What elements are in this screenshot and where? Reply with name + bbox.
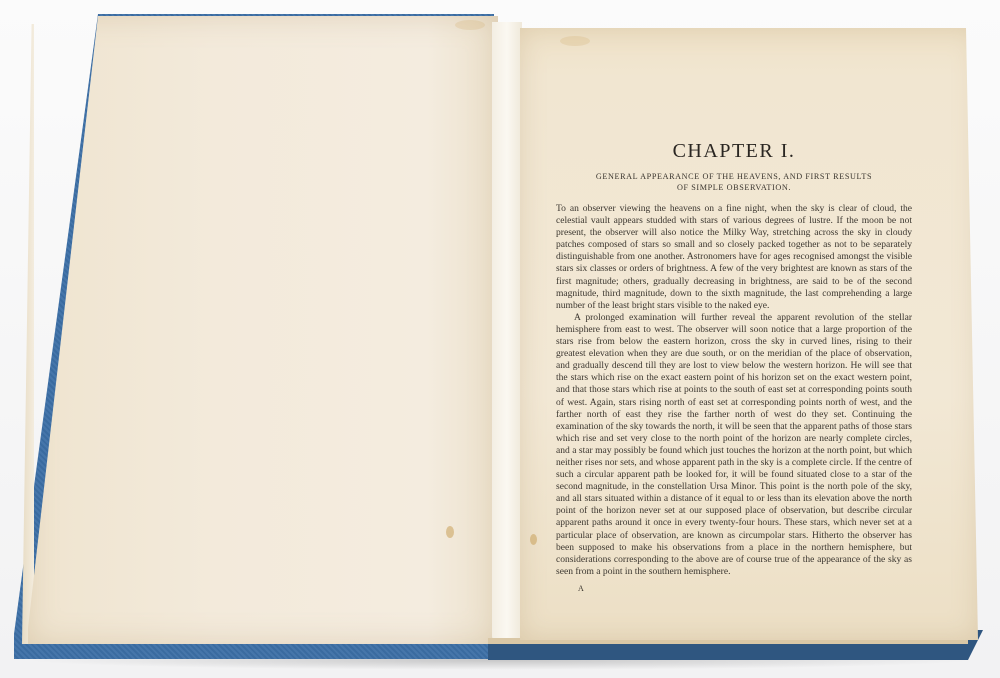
- signature-mark: A: [578, 584, 912, 593]
- foxing-stain: [530, 534, 537, 545]
- chapter-content: CHAPTER I. General appearance of the hea…: [556, 140, 912, 593]
- chapter-subtitle-line: of simple observation.: [556, 182, 912, 193]
- body-paragraph: A prolonged examination will further rev…: [556, 312, 912, 578]
- chapter-subtitle: General appearance of the heavens, and f…: [556, 171, 912, 193]
- foxing-stain: [455, 20, 485, 30]
- body-paragraph: To an observer viewing the heavens on a …: [556, 203, 912, 312]
- chapter-title: CHAPTER I.: [556, 140, 912, 163]
- chapter-subtitle-line: General appearance of the heavens, and f…: [556, 171, 912, 182]
- foxing-stain: [446, 526, 454, 538]
- left-page-blank: [28, 16, 498, 644]
- foxing-stain: [560, 36, 590, 46]
- gutter-guard-strip: [492, 22, 522, 642]
